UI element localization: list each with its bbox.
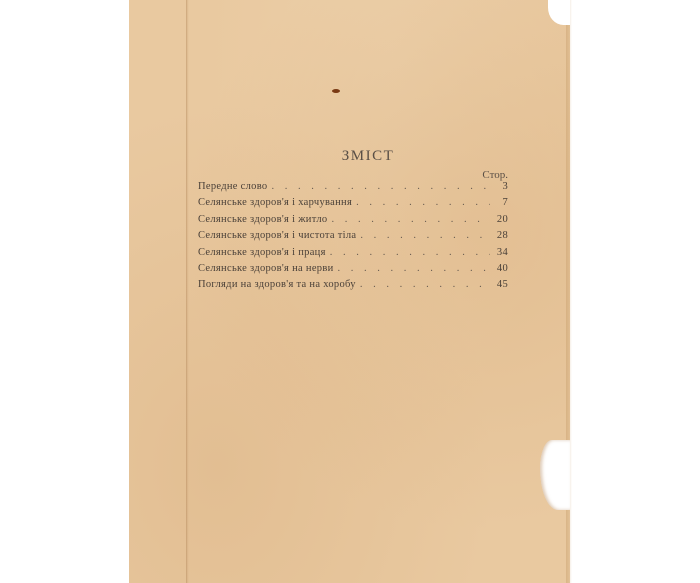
toc-entry: Селянське здоров'я на нерви 40 xyxy=(198,263,508,279)
toc-entry: Передне слово 3 xyxy=(198,181,508,197)
toc-entry-page: 28 xyxy=(494,230,508,241)
dot-leader xyxy=(356,197,490,208)
dot-leader xyxy=(330,247,490,258)
toc-entry: Погляди на здоров'я та на хоробу 45 xyxy=(198,279,508,295)
toc-entry-label: Селянське здоров'я на нерви xyxy=(198,263,334,274)
dot-leader xyxy=(338,263,490,274)
toc-entry-label: Передне слово xyxy=(198,181,267,192)
page-column-label: Стор. xyxy=(198,169,508,181)
toc-entry-page: 45 xyxy=(494,279,508,290)
page-fold-line xyxy=(186,0,189,583)
toc-entry: Селянське здоров'я і чистота тіла 28 xyxy=(198,230,508,246)
toc-title: ЗМІСТ xyxy=(228,148,508,165)
table-of-contents: ЗМІСТ Стор. Передне слово 3 Селянське зд… xyxy=(198,148,508,296)
toc-entry-label: Селянське здоров'я і харчування xyxy=(198,197,352,208)
toc-entry-label: Селянське здоров'я і чистота тіла xyxy=(198,230,356,241)
toc-entry: Селянське здоров'я і праця 34 xyxy=(198,247,508,263)
toc-entry-page: 34 xyxy=(494,247,508,258)
dot-leader xyxy=(360,279,490,290)
toc-entry-label: Селянське здоров'я і житло xyxy=(198,214,327,225)
dot-leader xyxy=(331,214,490,225)
dot-leader xyxy=(360,230,490,241)
toc-entry: Селянське здоров'я і житло 20 xyxy=(198,214,508,230)
toc-entry-page: 40 xyxy=(494,263,508,274)
toc-entry-page: 20 xyxy=(494,214,508,225)
toc-entry-page: 7 xyxy=(494,197,508,208)
toc-entry-label: Селянське здоров'я і праця xyxy=(198,247,326,258)
toc-entry: Селянське здоров'я і харчування 7 xyxy=(198,197,508,213)
dot-leader xyxy=(271,181,490,192)
toc-entry-page: 3 xyxy=(494,181,508,192)
toc-entry-label: Погляди на здоров'я та на хоробу xyxy=(198,279,356,290)
ink-spot xyxy=(332,89,340,93)
